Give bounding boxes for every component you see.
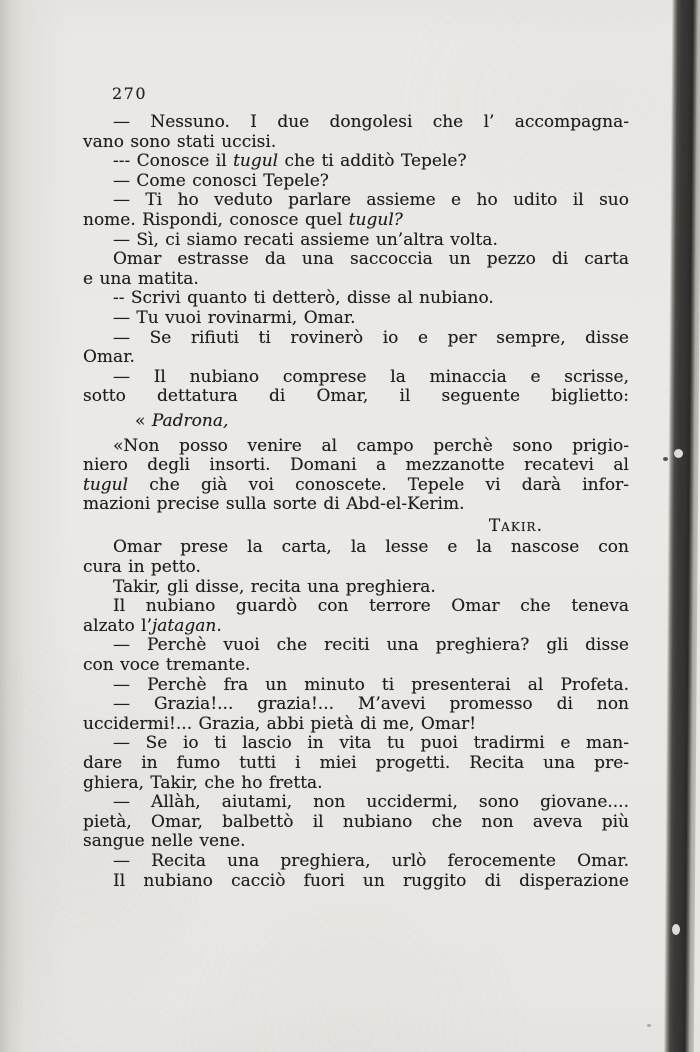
scan-fleck: [663, 457, 668, 461]
text-line: — Se rifiuti ti rovinerò io e per sempre…: [83, 329, 629, 349]
text-line: — Il nubiano comprese la minaccia e scri…: [83, 368, 629, 388]
text-segment: — Perchè vuoi che reciti una preghiera? …: [113, 635, 629, 655]
text-line: Omar prese la carta, la lesse e la nasco…: [83, 538, 629, 558]
text-line: dare in fumo tutti i miei progetti. Reci…: [83, 754, 629, 774]
text-segment: che ti additò Tepele?: [278, 151, 466, 171]
text-line: e una matita.: [83, 270, 629, 290]
text-segment: sangue nelle vene.: [83, 831, 246, 851]
text-segment: — Se rifiuti ti rovinerò io e per sempre…: [113, 328, 629, 348]
text-segment: sotto dettatura di Omar, il seguente big…: [83, 386, 629, 406]
text-segment: mazioni precise sulla sorte di Abd-el-Ke…: [83, 494, 465, 514]
text-segment: .: [216, 616, 221, 636]
text-line: niero degli insorti. Domani a mezzanotte…: [83, 456, 629, 476]
text-line: nome. Rispondi, conosce quel tugul?: [83, 211, 629, 231]
text-segment: cura in petto.: [83, 557, 201, 577]
text-segment: pietà, Omar, balbettò il nubiano che non…: [83, 812, 629, 832]
text-segment: con voce tremante.: [83, 655, 250, 675]
text-segment: Omar prese la carta, la lesse e la nasco…: [113, 537, 629, 557]
text-segment: Takir, gli disse, recita una preghiera.: [113, 577, 436, 597]
text-segment: — Ti ho veduto parlare assieme e ho udit…: [113, 190, 629, 210]
text-segment: Omar estrasse da una saccoccia un pezzo …: [113, 249, 629, 269]
text-line: « Padrona,: [83, 412, 629, 432]
text-segment: che già voi conoscete. Tepele vi darà in…: [128, 475, 629, 495]
text-segment: Il nubiano cacciò fuori un ruggito di di…: [113, 871, 629, 891]
text-segment: uccidermi!... Grazia, abbi pietà di me, …: [83, 714, 476, 734]
text-line: tugul che già voi conoscete. Tepele vi d…: [83, 476, 629, 496]
text-line: — Se io ti lascio in vita tu puoi tradir…: [83, 734, 629, 754]
text-line: pietà, Omar, balbettò il nubiano che non…: [83, 813, 629, 833]
text-segment: alzato l’: [83, 616, 152, 636]
text-line: ghiera, Takir, che ho fretta.: [83, 774, 629, 794]
text-line: Omar.: [83, 348, 629, 368]
text-segment: — Recita una preghiera, urlò ferocemente…: [113, 851, 629, 871]
text-segment: «: [135, 411, 152, 431]
text-segment: vano sono stati uccisi.: [83, 132, 276, 152]
text-line: — Tu vuoi rovinarmi, Omar.: [83, 309, 629, 329]
italic-text: jatagan: [152, 616, 216, 636]
text-line: — Perchè vuoi che reciti una preghiera? …: [83, 636, 629, 656]
text-line: Il nubiano cacciò fuori un ruggito di di…: [83, 872, 629, 892]
italic-text: tugul: [83, 475, 128, 495]
text-line: Il nubiano guardò con terrore Omar che t…: [83, 597, 629, 617]
text-segment: Omar.: [83, 347, 135, 367]
text-segment: --- Conosce il: [113, 151, 233, 171]
text-segment: — Grazia!... grazia!... M’avevi promesso…: [113, 694, 629, 714]
text-line: mazioni precise sulla sorte di Abd-el-Ke…: [83, 495, 629, 515]
text-segment: — Se io ti lascio in vita tu puoi tradir…: [113, 733, 629, 753]
text-line: «Non posso venire al campo perchè sono p…: [83, 437, 629, 457]
text-line: --- Conosce il tugul che ti additò Tepel…: [83, 152, 629, 172]
text-lines: — Nessuno. I due dongolesi che l’ accomp…: [83, 113, 629, 891]
text-line: sotto dettatura di Omar, il seguente big…: [83, 387, 629, 407]
smallcaps-text: Takir.: [489, 516, 543, 536]
text-segment: — Tu vuoi rovinarmi, Omar.: [113, 308, 356, 328]
edge-strip-notch: [674, 449, 683, 458]
text-line: cura in petto.: [83, 558, 629, 578]
text-line: con voce tremante.: [83, 656, 629, 676]
text-line: Takir.: [83, 517, 629, 537]
italic-text: Padrona,: [152, 411, 229, 431]
text-segment: e una matita.: [83, 269, 199, 289]
text-segment: niero degli insorti. Domani a mezzanotte…: [83, 455, 629, 475]
text-line: — Nessuno. I due dongolesi che l’ accomp…: [83, 113, 629, 133]
page-number: 270: [112, 84, 147, 103]
text-line: sangue nelle vene.: [83, 832, 629, 852]
text-segment: — Nessuno. I due dongolesi che l’ accomp…: [113, 112, 629, 132]
text-line: — Allàh, aiutami, non uccidermi, sono gi…: [83, 793, 629, 813]
italic-text: tugul?: [349, 210, 403, 230]
text-segment: dare in fumo tutti i miei progetti. Reci…: [83, 753, 629, 773]
text-segment: «Non posso venire al campo perchè sono p…: [113, 436, 629, 456]
text-segment: -- Scrivi quanto ti detterò, disse al nu…: [113, 288, 494, 308]
text-line: — Come conosci Tepele?: [83, 172, 629, 192]
text-line: Takir, gli disse, recita una preghiera.: [83, 578, 629, 598]
text-line: -- Scrivi quanto ti detterò, disse al nu…: [83, 289, 629, 309]
text-line: Omar estrasse da una saccoccia un pezzo …: [83, 250, 629, 270]
text-segment: nome. Rispondi, conosce quel: [83, 210, 349, 230]
text-segment: — Sì, ci siamo recati assieme un’altra v…: [113, 230, 498, 250]
text-segment: ghiera, Takir, che ho fretta.: [83, 773, 323, 793]
page-text: — Nessuno. I due dongolesi che l’ accomp…: [83, 113, 629, 891]
scan-fleck: [647, 1024, 651, 1027]
text-segment: — Perchè fra un minuto ti presenterai al…: [113, 675, 629, 695]
text-segment: — Allàh, aiutami, non uccidermi, sono gi…: [113, 792, 629, 812]
text-line: alzato l’jatagan.: [83, 617, 629, 637]
text-line: — Grazia!... grazia!... M’avevi promesso…: [83, 695, 629, 715]
text-line: — Sì, ci siamo recati assieme un’altra v…: [83, 231, 629, 251]
text-segment: — Il nubiano comprese la minaccia e scri…: [113, 367, 629, 387]
text-segment: — Come conosci Tepele?: [113, 171, 329, 191]
text-line: — Ti ho veduto parlare assieme e ho udit…: [83, 191, 629, 211]
text-line: — Perchè fra un minuto ti presenterai al…: [83, 676, 629, 696]
edge-strip-notch: [672, 924, 680, 935]
italic-text: tugul: [233, 151, 278, 171]
text-line: — Recita una preghiera, urlò ferocemente…: [83, 852, 629, 872]
text-segment: Il nubiano guardò con terrore Omar che t…: [113, 596, 629, 616]
text-line: vano sono stati uccisi.: [83, 133, 629, 153]
text-line: uccidermi!... Grazia, abbi pietà di me, …: [83, 715, 629, 735]
